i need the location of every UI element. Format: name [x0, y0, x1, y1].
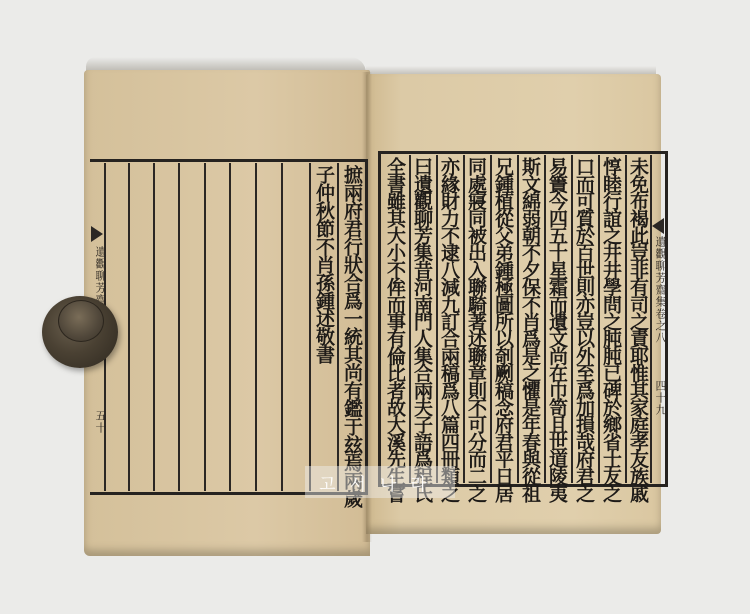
text-column: 亦緣財力不逮八減九訂合兩稿爲八篇四冊類之: [437, 157, 461, 501]
text-column: 曰遺觀聊芳集昔河南門人集合兩夫子語爲程氏: [410, 157, 434, 501]
text-column: 口而可質於百世則亦豈以外至爲加損哉府君之: [572, 157, 596, 501]
watermark: 고서나라: [305, 466, 455, 498]
paperweight-knob: [58, 300, 104, 342]
text-column: 易簀今四五十星霜而遺文尚在巾笥且世道陵夷: [545, 157, 569, 501]
column-rule: [337, 163, 339, 491]
text-column: 兄鍾植從父弟鍾極圖所以剞劂稿念府君平日居: [491, 157, 515, 501]
column-rule: [309, 163, 311, 491]
right-page-number: 四十九: [652, 380, 668, 416]
text-column: 未免布褐此豈非有司之責耶惟其家庭孝友族戚: [626, 157, 650, 501]
fish-tail-mark-icon: [652, 218, 664, 234]
column-rule: [255, 163, 257, 491]
text-column: 摭兩府君行狀合爲一統其尚有鑑于玆焉兩歲: [340, 165, 364, 507]
column-rule: [153, 163, 155, 491]
fish-tail-mark-icon: [91, 226, 103, 242]
text-column: 惇睦行誼之井井學問之肫肫已碑於鄉省士友之: [599, 157, 623, 501]
text-column: 同處寢同被出入聯騎著述聯章則不可分而二之: [464, 157, 488, 501]
column-rule: [178, 163, 180, 491]
right-margin-title: 遺觀聊芳齋集卷之八: [652, 236, 668, 344]
text-column: 全書雖其大小不侔而事有倫比者故大溪先生嘗: [383, 157, 407, 501]
left-page-number: 五十: [92, 410, 108, 434]
text-column: 斯文綿弱朝不夕保不肖爲是之懼是年春與從祖: [518, 157, 542, 501]
column-rule: [204, 163, 206, 491]
column-rule: [281, 163, 283, 491]
column-rule: [229, 163, 231, 491]
text-column: 子仲秋節不肖孫鍾述敬書: [312, 165, 336, 363]
column-rule: [128, 163, 130, 491]
